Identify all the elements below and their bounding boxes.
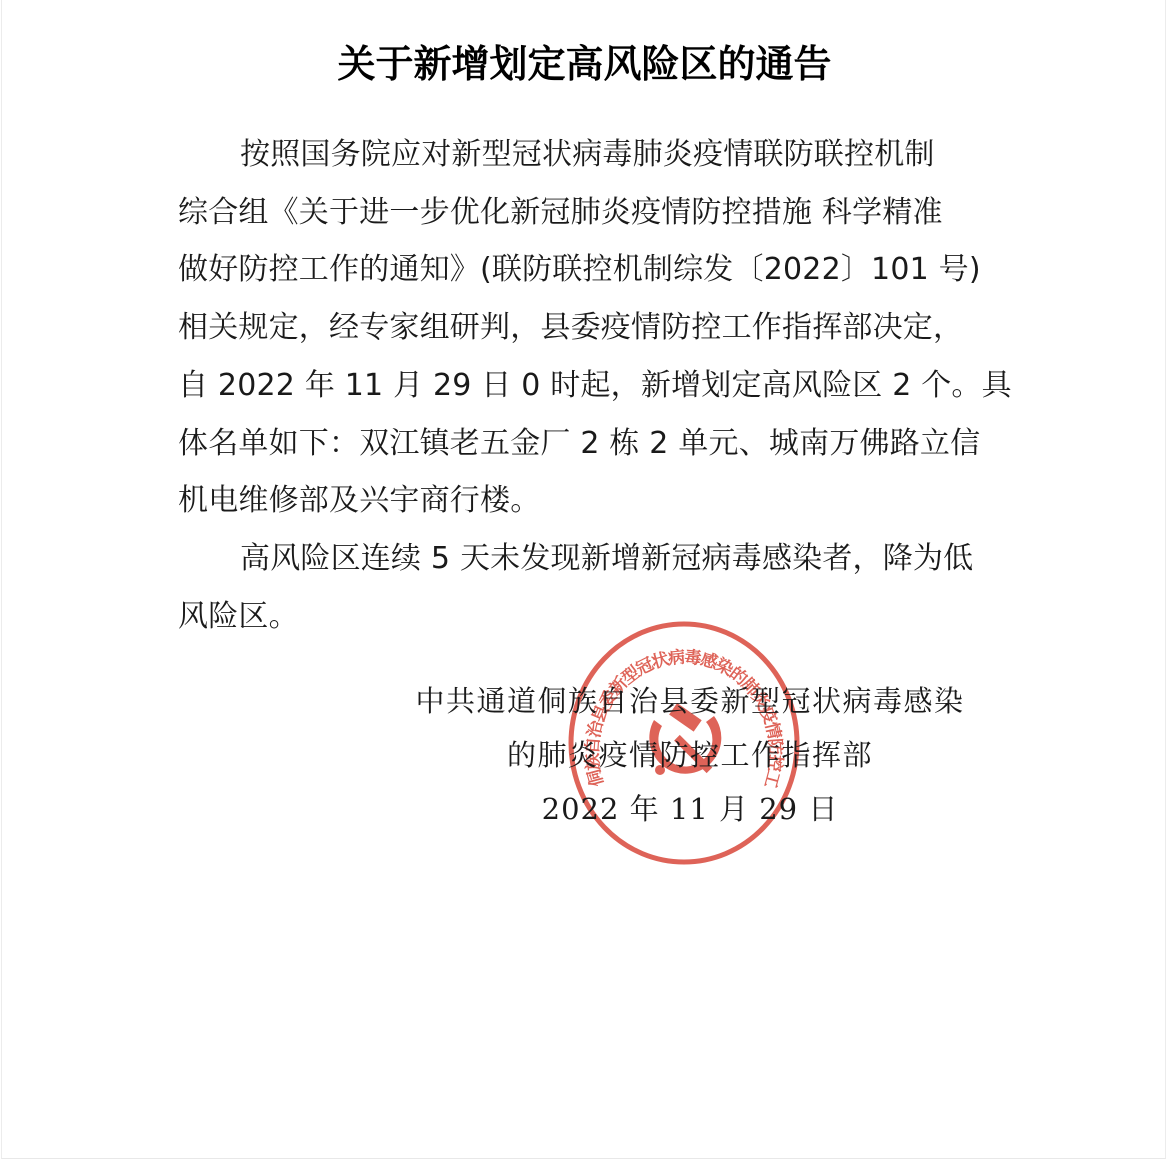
document-body: 按照国务院应对新型冠状病毒肺炎疫情联防联控机制 综合组《关于进一步优化新冠肺炎疫… (178, 126, 993, 645)
body-line: 做好防控工作的通知》(联防联控机制综发〔2022〕101 号) (178, 241, 993, 299)
body-line: 体名单如下：双江镇老五金厂 2 栋 2 单元、城南万佛路立信 (178, 415, 993, 473)
body-line: 高风险区连续 5 天未发现新增新冠病毒感染者，降为低 (178, 530, 993, 588)
issuing-organization-line-1: 中共通道侗族自治县委新型冠状病毒感染 (380, 674, 1000, 728)
body-line: 相关规定，经专家组研判，县委疫情防控工作指挥部决定， (178, 299, 993, 357)
body-line: 自 2022 年 11 月 29 日 0 时起，新增划定高风险区 2 个。具 (178, 357, 993, 415)
body-line: 按照国务院应对新型冠状病毒肺炎疫情联防联控机制 (178, 126, 993, 184)
body-line: 综合组《关于进一步优化新冠肺炎疫情防控措施 科学精准 (178, 184, 993, 242)
issuing-organization-line-2: 的肺炎疫情防控工作指挥部 (380, 728, 1000, 782)
issue-date: 2022 年 11 月 29 日 (380, 782, 1000, 836)
paragraph-1: 按照国务院应对新型冠状病毒肺炎疫情联防联控机制 综合组《关于进一步优化新冠肺炎疫… (178, 126, 993, 530)
signature-block: 中共通道侗族自治县委新型冠状病毒感染 的肺炎疫情防控工作指挥部 2022 年 1… (380, 674, 1000, 836)
body-line: 机电维修部及兴宇商行楼。 (178, 472, 993, 530)
document-title: 关于新增划定高风险区的通告 (0, 37, 1169, 91)
